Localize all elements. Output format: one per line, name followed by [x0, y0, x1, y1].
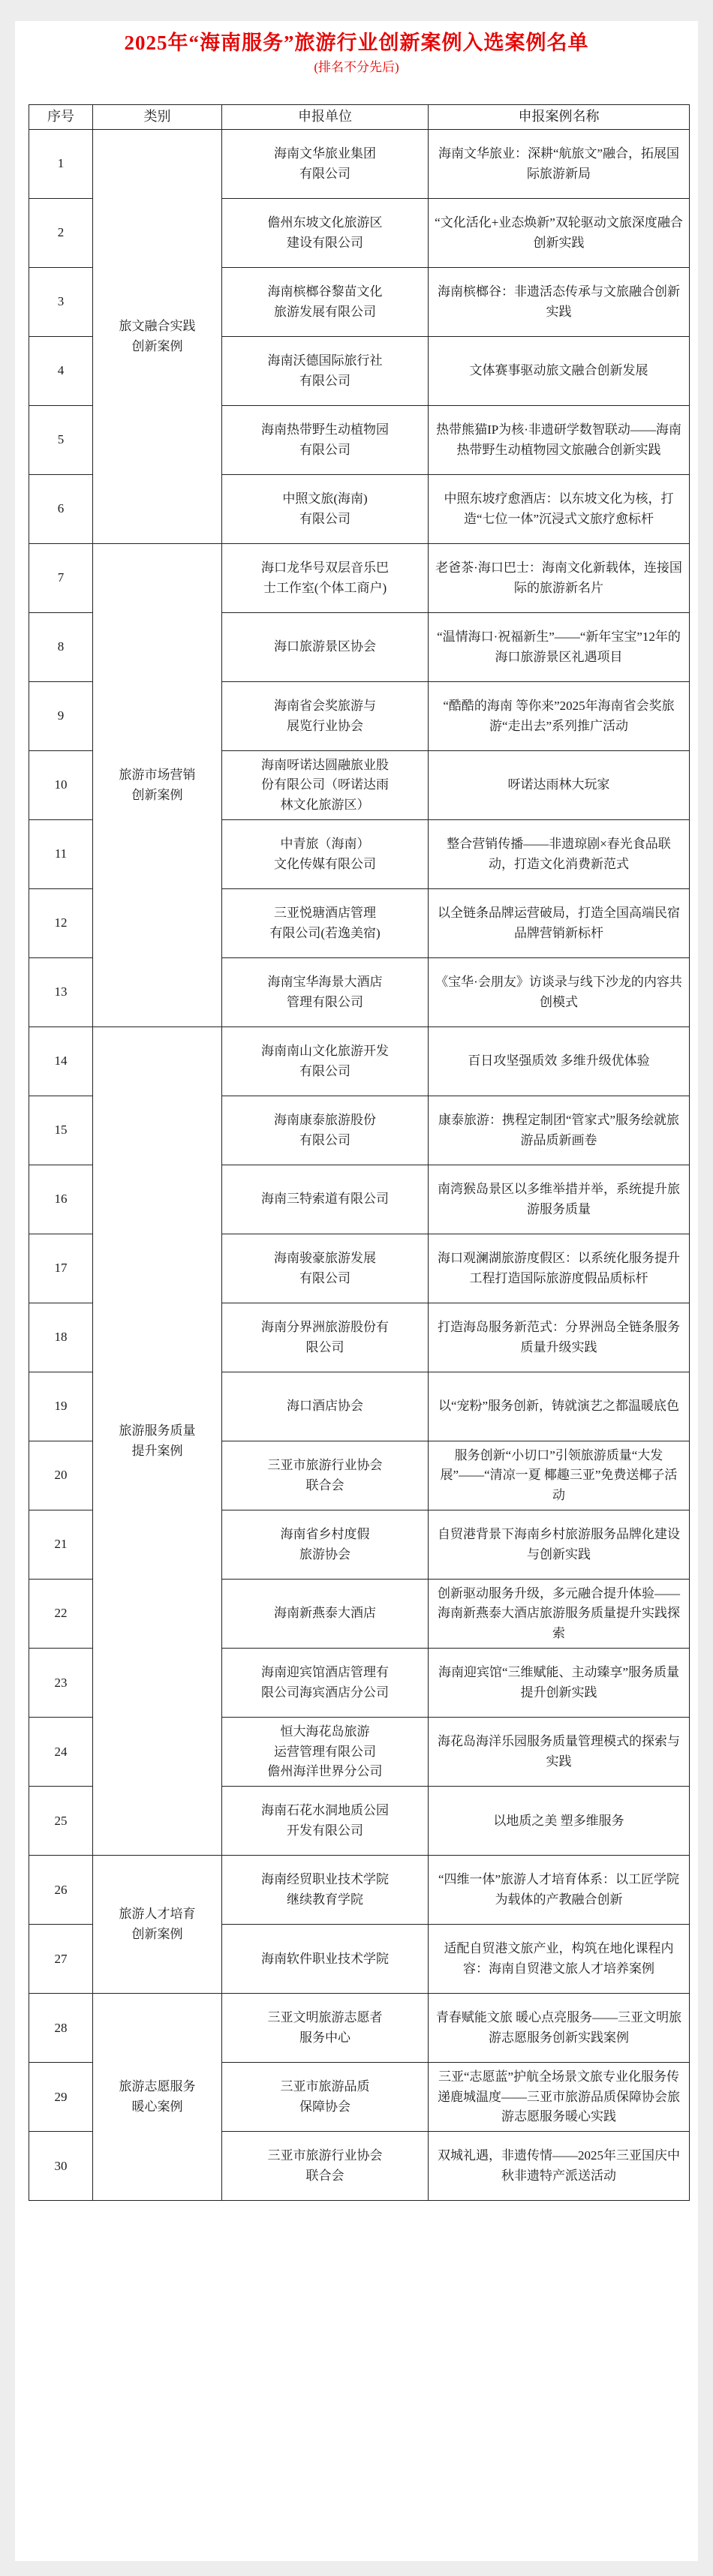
row-number-cell: 7: [29, 544, 93, 613]
case-name-cell: 以“宠粉”服务创新，铸就演艺之都温暖底色: [429, 1372, 690, 1441]
case-name-cell: “酷酷的海南 等你来”2025年海南省会奖旅游“走出去”系列推广活动: [429, 682, 690, 751]
page: 2025年“海南服务”旅游行业创新案例入选案例名单 (排名不分先后) 序号 类别…: [0, 0, 713, 2576]
unit-cell: 海南呀诺达圆融旅业股 份有限公司（呀诺达雨 林文化旅游区）: [222, 751, 429, 820]
unit-cell: 海口酒店协会: [222, 1372, 429, 1441]
row-number-cell: 11: [29, 820, 93, 889]
table-row: 26旅游人才培育 创新案例海南经贸职业技术学院 继续教育学院“四维一体”旅游人才…: [29, 1856, 690, 1925]
row-number-cell: 27: [29, 1925, 93, 1994]
table-body: 1旅文融合实践 创新案例海南文华旅业集团 有限公司海南文华旅业：深耕“航旅文”融…: [29, 130, 690, 2201]
row-number-cell: 25: [29, 1787, 93, 1856]
case-name-cell: 服务创新“小切口”引领旅游质量“大发展”——“清凉一夏 椰趣三亚”免费送椰子活动: [429, 1441, 690, 1510]
case-name-cell: 老爸茶·海口巴士：海南文化新载体，连接国际的旅游新名片: [429, 544, 690, 613]
unit-cell: 三亚市旅游行业协会 联合会: [222, 2132, 429, 2201]
case-name-cell: 打造海岛服务新范式：分界洲岛全链条服务质量升级实践: [429, 1303, 690, 1372]
row-number-cell: 9: [29, 682, 93, 751]
unit-cell: 海南宝华海景大酒店 管理有限公司: [222, 958, 429, 1027]
case-name-cell: 中照东坡疗愈酒店：以东坡文化为核，打造“七位一体”沉浸式文旅疗愈标杆: [429, 475, 690, 544]
row-number-cell: 29: [29, 2063, 93, 2132]
unit-cell: 海南文华旅业集团 有限公司: [222, 130, 429, 199]
row-number-cell: 19: [29, 1372, 93, 1441]
row-number-cell: 14: [29, 1027, 93, 1096]
row-number-cell: 12: [29, 889, 93, 958]
case-name-cell: 海口观澜湖旅游度假区：以系统化服务提升工程打造国际旅游度假品质标杆: [429, 1234, 690, 1303]
row-number-cell: 23: [29, 1649, 93, 1718]
row-number-cell: 6: [29, 475, 93, 544]
case-name-cell: 文体赛事驱动旅文融合创新发展: [429, 337, 690, 406]
unit-cell: 海南康泰旅游股份 有限公司: [222, 1096, 429, 1165]
case-name-cell: 热带熊猫IP为核·非遗研学数智联动——海南热带野生动植物园文旅融合创新实践: [429, 406, 690, 475]
unit-cell: 海南省会奖旅游与 展览行业协会: [222, 682, 429, 751]
unit-cell: 海南石花水洞地质公园 开发有限公司: [222, 1787, 429, 1856]
case-name-cell: 青春赋能文旅 暖心点亮服务——三亚文明旅游志愿服务创新实践案例: [429, 1994, 690, 2063]
unit-cell: 三亚市旅游行业协会 联合会: [222, 1441, 429, 1510]
unit-cell: 海口龙华号双层音乐巴 士工作室(个体工商户): [222, 544, 429, 613]
case-name-cell: 整合营销传播——非遗琼剧×春光食品联动，打造文化消费新范式: [429, 820, 690, 889]
table-row: 1旅文融合实践 创新案例海南文华旅业集团 有限公司海南文华旅业：深耕“航旅文”融…: [29, 130, 690, 199]
case-name-cell: 南湾猴岛景区以多维举措并举，系统提升旅游服务质量: [429, 1165, 690, 1234]
row-number-cell: 2: [29, 199, 93, 268]
case-name-cell: 康泰旅游：携程定制团“管家式”服务绘就旅游品质新画卷: [429, 1096, 690, 1165]
case-name-cell: 以地质之美 塑多维服务: [429, 1787, 690, 1856]
header-cell-category: 类别: [93, 105, 222, 130]
unit-cell: 海南南山文化旅游开发 有限公司: [222, 1027, 429, 1096]
row-number-cell: 1: [29, 130, 93, 199]
case-name-cell: “四维一体”旅游人才培育体系：以工匠学院为载体的产教融合创新: [429, 1856, 690, 1925]
category-cell: 旅游市场营销 创新案例: [93, 544, 222, 1027]
category-cell: 旅游人才培育 创新案例: [93, 1856, 222, 1994]
case-name-cell: 适配自贸港文旅产业，构筑在地化课程内容：海南自贸港文旅人才培养案例: [429, 1925, 690, 1994]
table-row: 7旅游市场营销 创新案例海口龙华号双层音乐巴 士工作室(个体工商户)老爸茶·海口…: [29, 544, 690, 613]
cases-table: 序号 类别 申报单位 申报案例名称 1旅文融合实践 创新案例海南文华旅业集团 有…: [29, 104, 690, 2201]
unit-cell: 海南骏豪旅游发展 有限公司: [222, 1234, 429, 1303]
row-number-cell: 3: [29, 268, 93, 337]
row-number-cell: 26: [29, 1856, 93, 1925]
row-number-cell: 20: [29, 1441, 93, 1510]
unit-cell: 儋州东坡文化旅游区 建设有限公司: [222, 199, 429, 268]
case-name-cell: “温情海口·祝福新生”——“新年宝宝”12年的海口旅游景区礼遇项目: [429, 613, 690, 682]
unit-cell: 海南经贸职业技术学院 继续教育学院: [222, 1856, 429, 1925]
unit-cell: 海南分界洲旅游股份有 限公司: [222, 1303, 429, 1372]
row-number-cell: 22: [29, 1580, 93, 1649]
row-number-cell: 30: [29, 2132, 93, 2201]
table-header: 序号 类别 申报单位 申报案例名称: [29, 105, 690, 130]
row-number-cell: 28: [29, 1994, 93, 2063]
case-name-cell: 创新驱动服务升级，多元融合提升体验——海南新燕泰大酒店旅游服务质量提升实践探索: [429, 1580, 690, 1649]
row-number-cell: 18: [29, 1303, 93, 1372]
table-row: 28旅游志愿服务 暖心案例三亚文明旅游志愿者 服务中心青春赋能文旅 暖心点亮服务…: [29, 1994, 690, 2063]
case-name-cell: 自贸港背景下海南乡村旅游服务品牌化建设与创新实践: [429, 1510, 690, 1580]
unit-cell: 三亚文明旅游志愿者 服务中心: [222, 1994, 429, 2063]
row-number-cell: 5: [29, 406, 93, 475]
unit-cell: 恒大海花岛旅游 运营管理有限公司 儋州海洋世界分公司: [222, 1718, 429, 1787]
case-name-cell: 海花岛海洋乐园服务质量管理模式的探索与实践: [429, 1718, 690, 1787]
unit-cell: 海南迎宾馆酒店管理有 限公司海宾酒店分公司: [222, 1649, 429, 1718]
unit-cell: 海南省乡村度假 旅游协会: [222, 1510, 429, 1580]
unit-cell: 海口旅游景区协会: [222, 613, 429, 682]
table-header-row: 序号 类别 申报单位 申报案例名称: [29, 105, 690, 130]
case-name-cell: 以全链条品牌运营破局，打造全国高端民宿品牌营销新标杆: [429, 889, 690, 958]
case-name-cell: 海南槟榔谷：非遗活态传承与文旅融合创新实践: [429, 268, 690, 337]
header-cell-no: 序号: [29, 105, 93, 130]
unit-cell: 海南热带野生动植物园 有限公司: [222, 406, 429, 475]
row-number-cell: 17: [29, 1234, 93, 1303]
unit-cell: 中照文旅(海南) 有限公司: [222, 475, 429, 544]
header-cell-case: 申报案例名称: [429, 105, 690, 130]
case-name-cell: 呀诺达雨林大玩家: [429, 751, 690, 820]
category-cell: 旅文融合实践 创新案例: [93, 130, 222, 544]
case-name-cell: “文化活化+业态焕新”双轮驱动文旅深度融合创新实践: [429, 199, 690, 268]
page-title: 2025年“海南服务”旅游行业创新案例入选案例名单: [26, 30, 687, 56]
unit-cell: 三亚悦瑭酒店管理 有限公司(若逸美宿): [222, 889, 429, 958]
row-number-cell: 15: [29, 1096, 93, 1165]
case-name-cell: 百日攻坚强质效 多维升级优体验: [429, 1027, 690, 1096]
document-card: 2025年“海南服务”旅游行业创新案例入选案例名单 (排名不分先后) 序号 类别…: [15, 21, 698, 2561]
unit-cell: 海南新燕泰大酒店: [222, 1580, 429, 1649]
page-subtitle: (排名不分先后): [26, 59, 687, 76]
unit-cell: 三亚市旅游品质 保障协会: [222, 2063, 429, 2132]
row-number-cell: 24: [29, 1718, 93, 1787]
row-number-cell: 4: [29, 337, 93, 406]
case-name-cell: 双城礼遇，非遗传情——2025年三亚国庆中秋非遗特产派送活动: [429, 2132, 690, 2201]
header-cell-unit: 申报单位: [222, 105, 429, 130]
unit-cell: 海南沃德国际旅行社 有限公司: [222, 337, 429, 406]
row-number-cell: 16: [29, 1165, 93, 1234]
row-number-cell: 21: [29, 1510, 93, 1580]
case-name-cell: 《宝华·会朋友》访谈录与线下沙龙的内容共创模式: [429, 958, 690, 1027]
table-row: 14旅游服务质量 提升案例海南南山文化旅游开发 有限公司百日攻坚强质效 多维升级…: [29, 1027, 690, 1096]
unit-cell: 中青旅（海南） 文化传媒有限公司: [222, 820, 429, 889]
case-name-cell: 海南文华旅业：深耕“航旅文”融合，拓展国际旅游新局: [429, 130, 690, 199]
row-number-cell: 13: [29, 958, 93, 1027]
case-name-cell: 海南迎宾馆“三维赋能、主动臻享”服务质量提升创新实践: [429, 1649, 690, 1718]
category-cell: 旅游志愿服务 暖心案例: [93, 1994, 222, 2201]
row-number-cell: 10: [29, 751, 93, 820]
case-name-cell: 三亚“志愿蓝”护航全场景文旅专业化服务传递鹿城温度——三亚市旅游品质保障协会旅游…: [429, 2063, 690, 2132]
unit-cell: 海南槟榔谷黎苗文化 旅游发展有限公司: [222, 268, 429, 337]
category-cell: 旅游服务质量 提升案例: [93, 1027, 222, 1856]
row-number-cell: 8: [29, 613, 93, 682]
unit-cell: 海南软件职业技术学院: [222, 1925, 429, 1994]
unit-cell: 海南三特索道有限公司: [222, 1165, 429, 1234]
